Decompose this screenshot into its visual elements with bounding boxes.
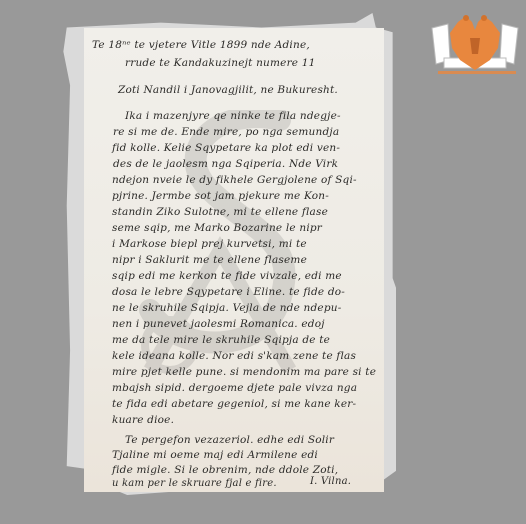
body-line: ndejon nveie le dy fikhele Gergjolene of… [112,174,357,186]
body-line: fid kolle. Kelie Sqypetare ka plot edi v… [112,142,340,154]
body-line: Ika i mazenjyre qe ninke te fila ndegje- [125,110,341,122]
body-line: mbajsh sipid. dergoeme djete pale vivza … [112,382,357,394]
closing-line: Tjaline mi oeme maj edi Armilene edi [112,449,318,461]
body-line: sqip edi me kerkon te fide vivzale, edi … [112,270,342,282]
body-line: mire pjet kelle pune. si mendonim ma par… [112,366,376,378]
body-line: kele ideana kolle. Nor edi s'kam zene te… [112,350,356,362]
heading-line-2: rrude te Kandakuzinejt numere 11 [125,57,316,69]
body-line: me da tele mire le skruhile Sqipja de te [112,334,330,346]
heading-line-1: Te 18ⁿᵉ te vjetere Vitle 1899 nde Adine, [92,39,310,51]
body-line: ne le skruhile Sqipja. Vejla de nde ndep… [112,302,341,314]
body-line: te fida edi abetare gegeniol, si me kane… [112,398,356,410]
body-line: re si me de. Ende mire, po nga semundja [113,126,339,138]
salutation: Zoti Nandil i Janovagjilit, ne Bukuresht… [118,84,338,96]
closing-line: u kam per le skruare fjal e fire. [112,478,277,489]
body-line: pjrine. Jermbe sot jam pjekure me Kon- [112,190,329,202]
body-line: seme sqip, me Marko Bozarine le nipr [112,222,322,234]
closing-line: fide migle. Si le obrenim, nde ddole Zot… [112,464,338,476]
body-line: nipr i Saklurit me te ellene flaseme [112,254,307,266]
body-line: des de le jaolesm nga Sqiperia. Nde Virk [113,158,338,170]
body-line: kuare dioe. [112,414,174,426]
body-line: nen i punevet jaolesmi Romanica. edoj [112,318,325,330]
signature: I. Vilna. [310,476,351,487]
logo-caption [438,71,516,74]
body-line: dosa le lebre Sqypetare i Eline. te fide… [112,286,345,298]
body-line: i Markose biepl prej kurvetsi, mi te [112,238,307,250]
closing-line: Te pergefon vezazeriol. edhe edi Solir [125,434,334,446]
double-headed-eagle-icon [430,8,520,78]
body-line: standin Ziko Sulotne, mi te ellene flase [112,206,328,218]
